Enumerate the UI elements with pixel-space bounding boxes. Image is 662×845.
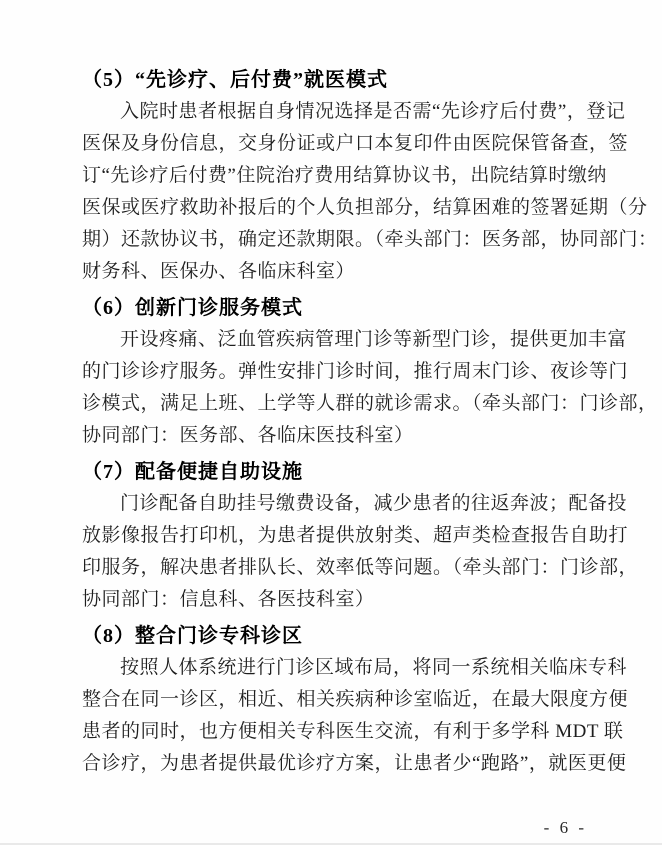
section-heading: （8）整合门诊专科诊区 — [82, 620, 590, 652]
paragraph-line: 合诊疗，为患者提供最优诊疗方案，让患者少“跑路”，就医更便 — [82, 748, 590, 780]
section-heading: （5）“先诊疗、后付费”就医模式 — [82, 64, 590, 96]
paragraph-line: 医保或医疗救助补报后的个人负担部分，结算困难的签署延期（分 — [82, 192, 590, 224]
section-heading: （7）配备便捷自助设施 — [82, 456, 590, 488]
paragraph-line: 诊模式，满足上班、上学等人群的就诊需求。（牵头部门：门诊部， — [82, 388, 590, 420]
section-heading: （6）创新门诊服务模式 — [82, 292, 590, 324]
paragraph-line: 患者的同时，也方便相关专科医生交流，有利于多学科 MDT 联 — [82, 716, 590, 748]
document-content: （5）“先诊疗、后付费”就医模式 入院时患者根据自身情况选择是否需“先诊疗后付费… — [82, 60, 590, 780]
section-5: （5）“先诊疗、后付费”就医模式 入院时患者根据自身情况选择是否需“先诊疗后付费… — [82, 64, 590, 288]
section-7: （7）配备便捷自助设施 门诊配备自助挂号缴费设备，减少患者的往返奔波；配备投 放… — [82, 456, 590, 616]
section-8: （8）整合门诊专科诊区 按照人体系统进行门诊区域布局，将同一系统相关临床专科 整… — [82, 620, 590, 780]
paragraph-line: 门诊配备自助挂号缴费设备，减少患者的往返奔波；配备投 — [82, 488, 590, 520]
paragraph-line: 按照人体系统进行门诊区域布局，将同一系统相关临床专科 — [82, 652, 590, 684]
paragraph-line: 入院时患者根据自身情况选择是否需“先诊疗后付费”，登记 — [82, 96, 590, 128]
paragraph-line: 医保及身份信息，交身份证或户口本复印件由医院保管备查，签 — [82, 128, 590, 160]
paragraph-line: 的门诊诊疗服务。弹性安排门诊时间，推行周末门诊、夜诊等门 — [82, 356, 590, 388]
paragraph-line: 期）还款协议书，确定还款期限。（牵头部门：医务部，协同部门： — [82, 224, 590, 256]
paragraph-line: 开设疼痛、泛血管疾病管理门诊等新型门诊，提供更加丰富 — [82, 324, 590, 356]
paragraph-line: 订“先诊疗后付费”住院治疗费用结算协议书，出院结算时缴纳 — [82, 160, 590, 192]
page-number: - 6 - — [544, 818, 587, 838]
document-page: （5）“先诊疗、后付费”就医模式 入院时患者根据自身情况选择是否需“先诊疗后付费… — [0, 0, 662, 845]
paragraph-line: 印服务，解决患者排队长、效率低等问题。（牵头部门：门诊部， — [82, 552, 590, 584]
section-6: （6）创新门诊服务模式 开设疼痛、泛血管疾病管理门诊等新型门诊，提供更加丰富 的… — [82, 292, 590, 452]
paragraph-line: 协同部门：信息科、各医技科室） — [82, 584, 590, 616]
paragraph-line: 协同部门：医务部、各临床医技科室） — [82, 420, 590, 452]
paragraph-line: 财务科、医保办、各临床科室） — [82, 256, 590, 288]
paragraph-line: 整合在同一诊区，相近、相关疾病种诊室临近，在最大限度方便 — [82, 684, 590, 716]
paragraph-line: 放影像报告打印机，为患者提供放射类、超声类检查报告自助打 — [82, 520, 590, 552]
